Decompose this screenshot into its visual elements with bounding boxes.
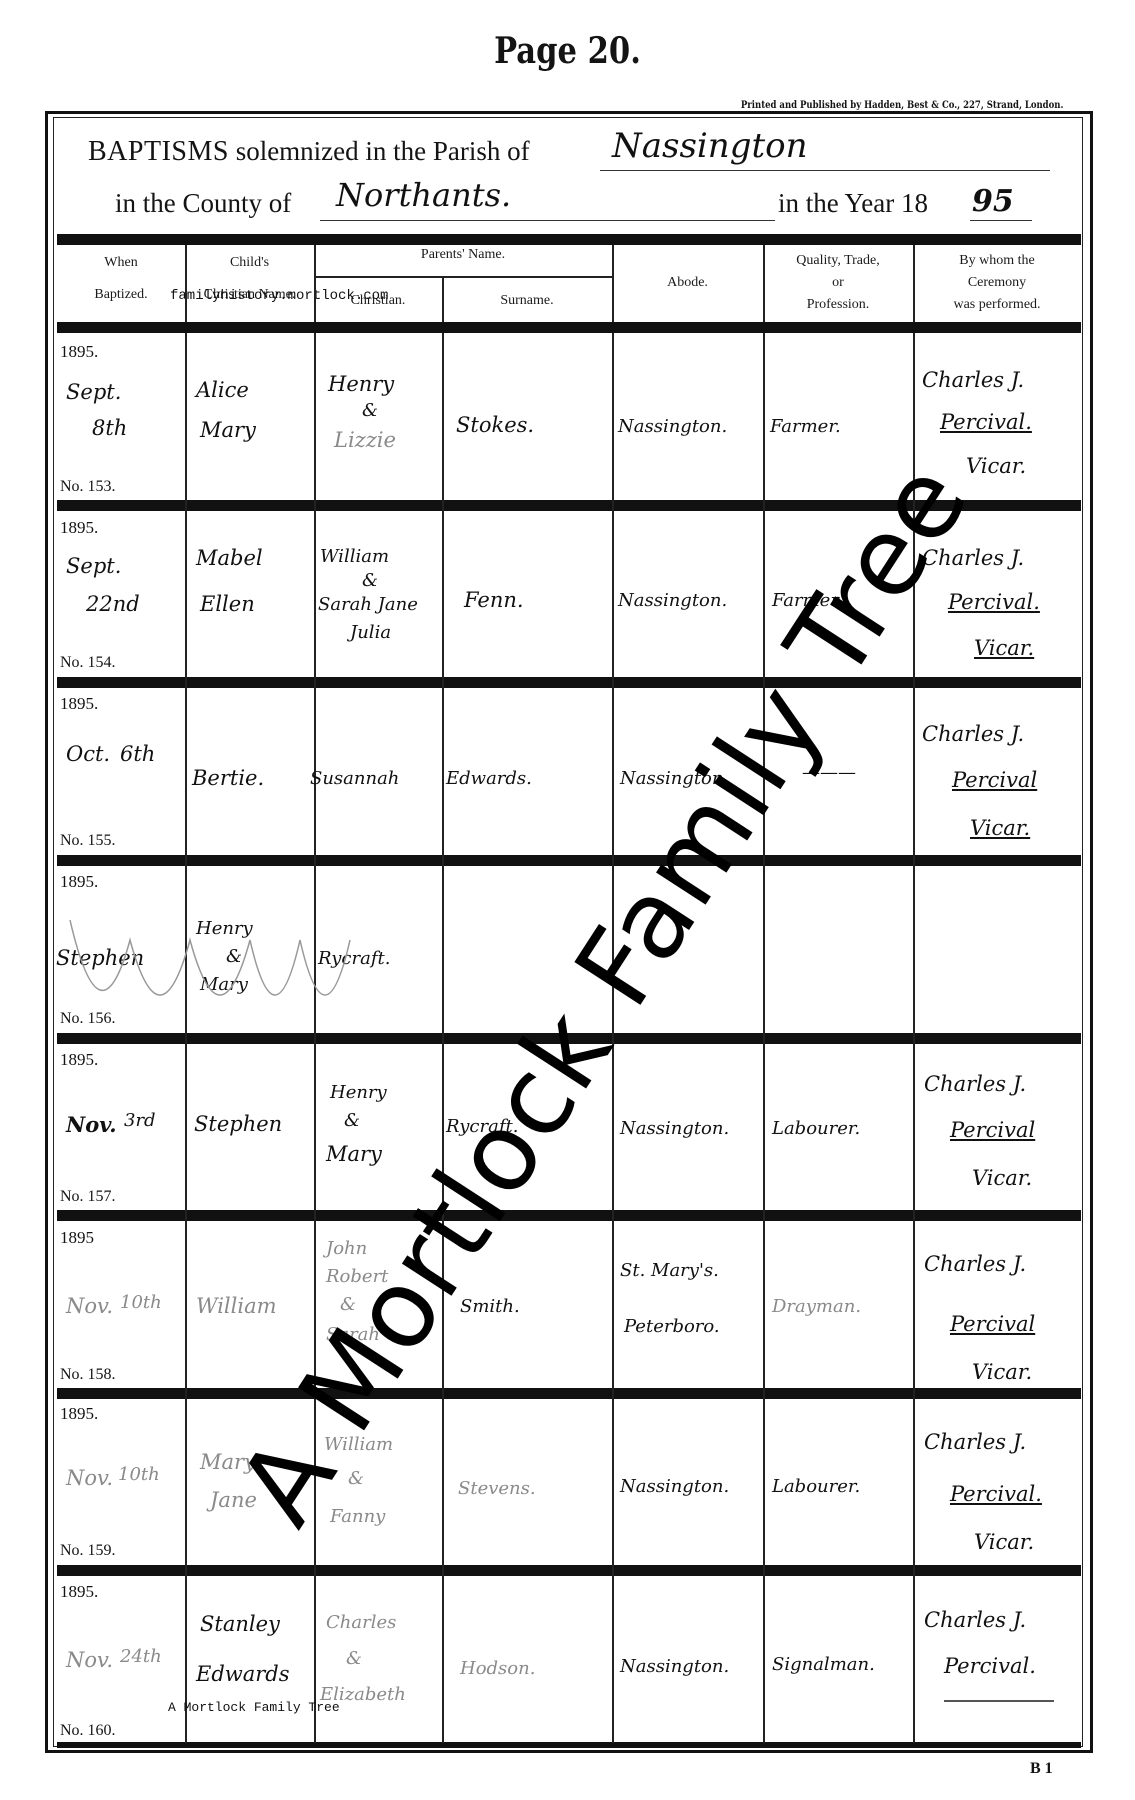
profession: Labourer.: [772, 1120, 860, 1138]
parent-christian: &: [340, 1296, 356, 1314]
row-bar-159: [57, 1565, 1081, 1576]
child-name: Jane: [210, 1490, 257, 1511]
col-line: [763, 245, 765, 322]
parent-surname: Stevens.: [458, 1480, 536, 1498]
entry-day: 22nd: [86, 594, 140, 615]
year-label: in the Year: [778, 188, 894, 218]
officiant: Charles J.: [924, 1610, 1026, 1631]
entry-day: 10th: [120, 1294, 162, 1312]
entry-number: No. 157.: [60, 1188, 116, 1206]
parent-christian: Charles: [326, 1614, 396, 1632]
parents-divider: [314, 276, 612, 278]
parent-christian: Lizzie: [334, 430, 396, 451]
row-bar-156: [57, 1033, 1081, 1044]
officiant: Vicar.: [974, 1532, 1034, 1553]
printer-imprint: Printed and Published by Hadden, Best & …: [740, 100, 1063, 111]
baptisms-label: BAPTISMS: [88, 136, 229, 167]
officiant: Percival: [950, 1120, 1035, 1141]
col-line: [185, 245, 187, 322]
entry-number: No. 155.: [60, 832, 116, 850]
child-name: Mary: [200, 1452, 256, 1473]
parent-christian: Sarah Jane: [318, 596, 418, 614]
col-abode: Abode.: [612, 272, 763, 294]
officiant: Charles J.: [922, 548, 1024, 569]
child-name: Bertie.: [192, 768, 264, 789]
child-name: Stanley: [200, 1614, 280, 1635]
abode: Nassington.: [618, 418, 727, 436]
child-name: Ellen: [200, 594, 255, 615]
entry-day: 3rd: [124, 1112, 156, 1130]
officiant: Vicar.: [972, 1362, 1032, 1383]
parent-christian: &: [344, 1112, 360, 1130]
row-bar-157: [57, 1210, 1081, 1221]
parent-surname: Edwards.: [446, 770, 532, 788]
entry-month: Nov.: [66, 1468, 113, 1489]
col-parent-surname: Surname.: [442, 290, 612, 312]
footer-code: B 1: [1030, 1760, 1053, 1778]
entry-number: No. 153.: [60, 478, 116, 496]
parent-christian: Henry: [330, 1084, 387, 1102]
abode: Nassington.: [620, 1120, 729, 1138]
parent-christian: &: [346, 1650, 362, 1668]
parent-surname: Rycraft.: [446, 1118, 518, 1136]
profession: Drayman.: [772, 1298, 861, 1316]
abode: Nassington.: [618, 592, 727, 610]
parent-christian: &: [362, 402, 378, 420]
profession: ———: [802, 764, 856, 782]
child-name: Mabel: [196, 548, 263, 569]
parish-underline: [600, 170, 1050, 171]
entry-day: 6th: [120, 744, 155, 765]
entry-year: 1895.: [60, 342, 98, 362]
col-line: [185, 333, 187, 1743]
year-label-wrap: in the Year 18: [778, 188, 928, 219]
row-bar-155: [57, 855, 1081, 866]
entry-year: 1895.: [60, 1050, 98, 1070]
row-bar-154: [57, 677, 1081, 688]
officiant: Vicar.: [974, 638, 1034, 659]
year-written: 95: [972, 184, 1014, 219]
entry-month: Nov.: [66, 1650, 113, 1671]
parent-christian: Robert: [326, 1268, 388, 1286]
col-parents: Parents' Name.: [314, 244, 612, 266]
child-name: Stephen: [194, 1114, 282, 1135]
col-line: [314, 245, 316, 322]
officiant: Percival.: [950, 1484, 1042, 1505]
entry-year: 1895.: [60, 518, 98, 538]
watermark-header-overlay: familyhistory.mortlock.com: [170, 288, 388, 304]
abode: St. Mary's.: [620, 1262, 719, 1280]
col-line: [763, 333, 765, 1743]
entry-number: No. 158.: [60, 1366, 116, 1384]
year-underline: [970, 220, 1032, 221]
parent-christian: Sarah: [326, 1326, 380, 1344]
officiant: Percival: [950, 1314, 1035, 1335]
col-quality: Quality, Trade, or Profession.: [763, 250, 913, 316]
profession: Farmer.: [770, 418, 841, 436]
row-bar-153: [57, 500, 1081, 511]
officiant: Vicar.: [970, 818, 1030, 839]
child-name: Edwards: [196, 1664, 290, 1685]
parent-christian: William: [324, 1436, 393, 1454]
entry-number: No. 154.: [60, 654, 116, 672]
heading-line-1: BAPTISMS solemnized in the Parish of: [88, 136, 530, 168]
header-bottom-bar: [57, 322, 1081, 333]
abode: Nassington: [620, 770, 724, 788]
col-ceremony: By whom the Ceremony was performed.: [913, 250, 1081, 316]
abode: Nassington.: [620, 1658, 729, 1676]
officiant: Charles J.: [924, 1074, 1026, 1095]
officiant: Charles J.: [924, 1432, 1026, 1453]
row-bar-158: [57, 1388, 1081, 1399]
entry-month: Nov.: [66, 1114, 117, 1135]
row-bar-bottom: [57, 1742, 1081, 1748]
entry-year: 1895: [60, 1228, 94, 1248]
entry-day: 10th: [118, 1466, 160, 1484]
col-line: [913, 333, 915, 1743]
parent-surname: Hodson.: [460, 1660, 535, 1678]
entry-year: 1895.: [60, 1404, 98, 1424]
watermark-bottom: A Mortlock Family Tree: [168, 1700, 340, 1715]
officiant: Vicar.: [966, 456, 1026, 477]
entry-month: Oct.: [66, 744, 110, 765]
child-name: Alice: [196, 380, 249, 401]
col-line: [442, 333, 444, 1743]
entry-number: No. 160.: [60, 1722, 116, 1740]
parent-surname: Smith.: [460, 1298, 520, 1316]
officiant-underline: [944, 1700, 1054, 1702]
year-printed: 18: [901, 188, 928, 218]
col-line: [612, 245, 614, 322]
parent-christian: &: [348, 1470, 364, 1488]
parent-christian: Fanny: [330, 1508, 385, 1526]
entry-number: No. 159.: [60, 1542, 116, 1560]
parent-christian: Susannah: [310, 770, 399, 788]
abode: Peterboro.: [624, 1318, 720, 1336]
county-label: in the County of: [115, 188, 291, 219]
child-name: William: [196, 1296, 277, 1317]
officiant: Charles J.: [922, 370, 1024, 391]
profession: Labourer.: [772, 1478, 860, 1496]
entry-year: 1895.: [60, 872, 98, 892]
entry-day: 8th: [92, 418, 127, 439]
parent-christian: Julia: [350, 624, 391, 642]
parent-surname: Fenn.: [464, 590, 524, 611]
parent-christian: John: [326, 1240, 367, 1258]
col-line: [612, 333, 614, 1743]
county-underline: [320, 220, 775, 221]
parent-christian: &: [362, 572, 378, 590]
col-line: [913, 245, 915, 322]
col-when: When Baptized.: [57, 252, 185, 306]
col-line: [314, 333, 316, 1743]
officiant: Percival.: [940, 412, 1032, 433]
entry-month: Sept.: [66, 382, 121, 403]
entry-year: 1895.: [60, 1582, 98, 1602]
officiant: Charles J.: [924, 1254, 1026, 1275]
parent-christian: William: [320, 548, 389, 566]
parish-label: solemnized in the Parish of: [236, 136, 530, 166]
county-value: Northants.: [336, 176, 511, 214]
officiant: Vicar.: [972, 1168, 1032, 1189]
abode: Nassington.: [620, 1478, 729, 1496]
col-line: [442, 276, 444, 322]
parent-surname: Stokes.: [456, 415, 534, 436]
parish-value: Nassington: [612, 126, 807, 166]
officiant: Percival.: [948, 592, 1040, 613]
entry-month: Sept.: [66, 556, 121, 577]
profession: Signalman.: [772, 1656, 875, 1674]
entry-month: Nov.: [66, 1296, 113, 1317]
parent-christian: Mary: [326, 1144, 382, 1165]
strike-loops-icon: [60, 900, 390, 1020]
entry-year: 1895.: [60, 694, 98, 714]
parent-christian: Henry: [328, 374, 394, 395]
officiant: Charles J.: [922, 724, 1024, 745]
officiant: Percival: [952, 770, 1037, 791]
profession: Farmer.: [772, 592, 843, 610]
entry-day: 24th: [120, 1648, 162, 1666]
page-title: Page 20.: [85, 30, 1050, 72]
officiant: Percival.: [944, 1656, 1036, 1677]
child-name: Mary: [200, 420, 256, 441]
